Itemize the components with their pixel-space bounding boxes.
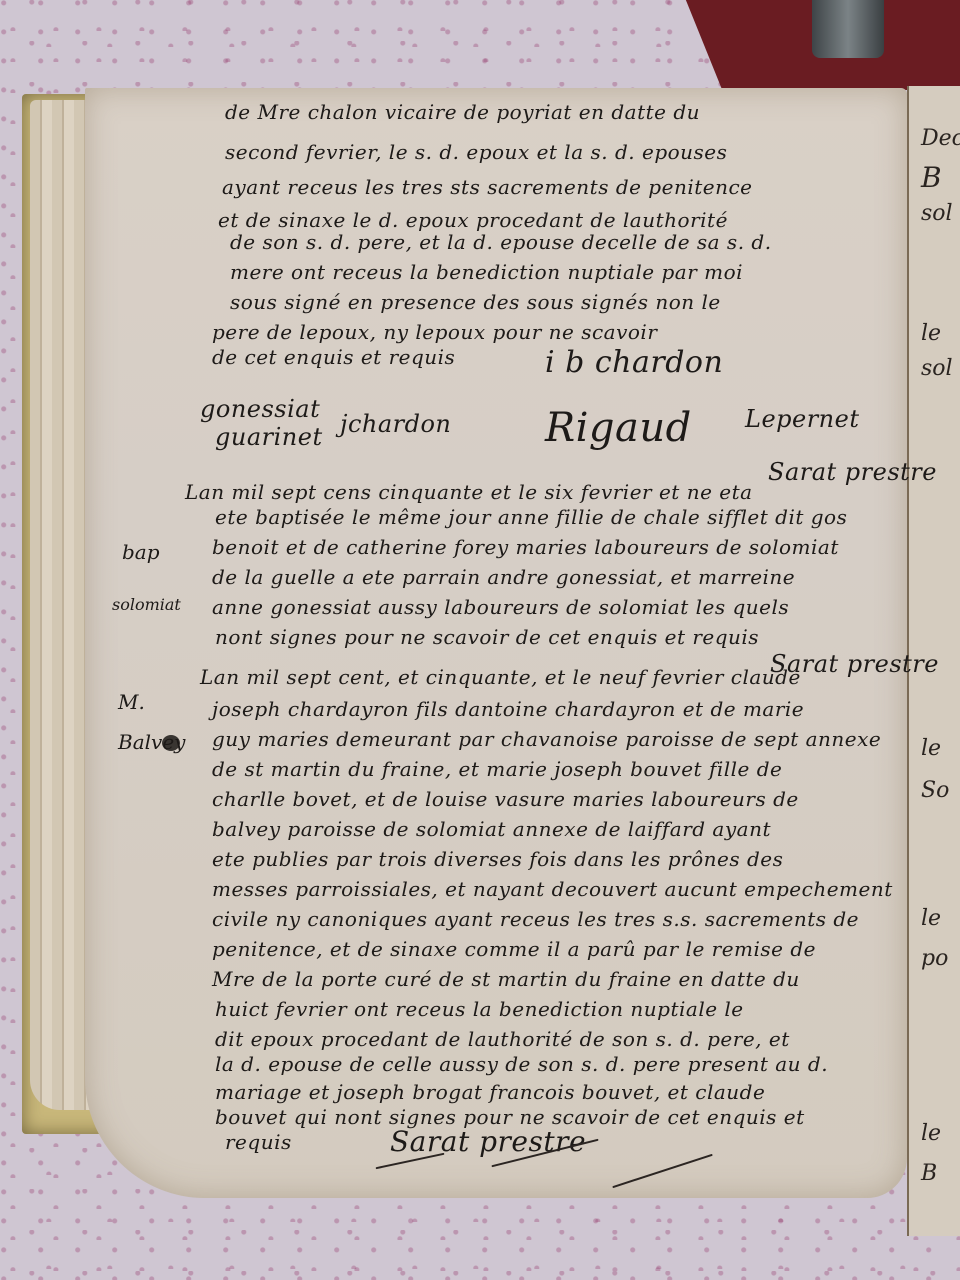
signature-gonessiat: gonessiat bbox=[200, 395, 320, 423]
text-line: Lan mil sept cens cinquante et le six fe… bbox=[185, 480, 865, 504]
text-line: benoit et de catherine forey maries labo… bbox=[212, 535, 892, 559]
text-line: ete publies par trois diverses fois dans… bbox=[212, 847, 892, 871]
text-line: de son s. d. pere, et la d. epouse decel… bbox=[230, 230, 910, 254]
metal-weight bbox=[812, 0, 884, 58]
facing-fragment: sol bbox=[921, 356, 953, 381]
text-line: guy maries demeurant par chavanoise paro… bbox=[212, 727, 892, 751]
facing-fragment: po bbox=[921, 946, 948, 971]
facing-fragment: So bbox=[921, 778, 949, 803]
text-line: de la guelle a ete parrain andre gonessi… bbox=[212, 565, 892, 589]
text-line: nont signes pour ne scavoir de cet enqui… bbox=[215, 625, 895, 649]
text-line: joseph chardayron fils dantoine chardayr… bbox=[212, 697, 892, 721]
text-line: second fevrier, le s. d. epoux et la s. … bbox=[225, 140, 905, 164]
text-line: huict fevrier ont receus la benediction … bbox=[215, 997, 895, 1021]
facing-fragment: sol bbox=[921, 201, 953, 226]
margin-note-bap: bap bbox=[122, 540, 160, 564]
signature-guarinet: guarinet bbox=[215, 423, 323, 451]
text-line: ayant receus les tres sts sacrements de … bbox=[222, 175, 902, 199]
facing-fragment: B bbox=[921, 1161, 937, 1186]
text-line: anne gonessiat aussy laboureurs de solom… bbox=[212, 595, 892, 619]
text-line: penitence, et de sinaxe comme il a parû … bbox=[212, 937, 892, 961]
facing-fragment: Dec bbox=[921, 126, 960, 151]
text-line: de Mre chalon vicaire de poyriat en datt… bbox=[225, 100, 905, 124]
text-line: dit epoux procedant de lauthorité de son… bbox=[215, 1027, 895, 1051]
facing-fragment: B bbox=[921, 161, 942, 194]
facing-fragment: le bbox=[921, 906, 941, 931]
signature-rigaud: Rigaud bbox=[545, 405, 692, 451]
facing-fragment: le bbox=[921, 1121, 941, 1146]
ink-blot bbox=[162, 735, 180, 751]
margin-note-solomiat: solomiat bbox=[112, 595, 181, 614]
text-line: mariage et joseph brogat francois bouvet… bbox=[215, 1080, 895, 1104]
margin-note-m: M. bbox=[118, 690, 145, 714]
text-line: de st martin du fraine, et marie joseph … bbox=[212, 757, 892, 781]
text-line: civile ny canoniques ayant receus les tr… bbox=[212, 907, 892, 931]
signature-sarat: Sarat prestre bbox=[390, 1125, 586, 1158]
text-line: balvey paroisse de solomiat annexe de la… bbox=[212, 817, 892, 841]
text-line: et de sinaxe le d. epoux procedant de la… bbox=[218, 208, 898, 232]
text-line: charlle bovet, et de louise vasure marie… bbox=[212, 787, 892, 811]
text-line: ete baptisée le même jour anne fillie de… bbox=[215, 505, 895, 529]
text-line: mere ont receus la benediction nuptiale … bbox=[230, 260, 910, 284]
text-line: sous signé en presence des sous signés n… bbox=[230, 290, 910, 314]
text-line: Lan mil sept cent, et cinquante, et le n… bbox=[200, 665, 880, 689]
signature-lepernet: Lepernet bbox=[745, 405, 859, 433]
text-line: pere de lepoux, ny lepoux pour ne scavoi… bbox=[212, 320, 892, 344]
signature-chardon: i b chardon bbox=[545, 345, 723, 380]
facing-fragment: le bbox=[921, 736, 941, 761]
text-line: messes parroissiales, et nayant decouver… bbox=[212, 877, 892, 901]
text-line: la d. epouse de celle aussy de son s. d.… bbox=[215, 1052, 895, 1076]
facing-fragment: le bbox=[921, 321, 941, 346]
signature-jchardon: jchardon bbox=[340, 410, 451, 438]
text-line: Mre de la porte curé de st martin du fra… bbox=[212, 967, 892, 991]
